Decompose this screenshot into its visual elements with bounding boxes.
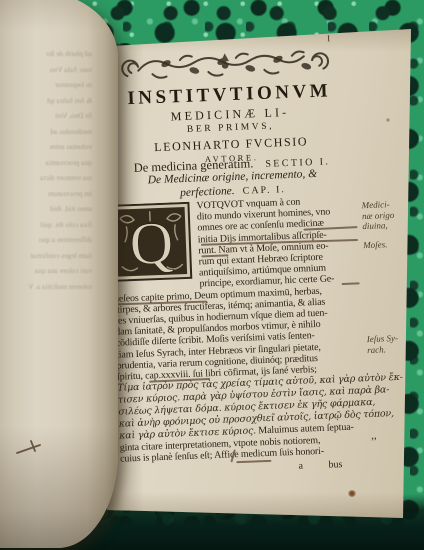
svg-text:Q: Q (128, 209, 174, 277)
photo-of-open-antique-book: { "book": { "page_number": "I", "title_l… (0, 0, 424, 550)
curled-left-page: ad plurib de ſto tunc Sala Vno m loquunt… (0, 0, 118, 548)
ink-pen-mark (14, 438, 48, 458)
showthrough-line: tiam leges confirmat (0, 248, 92, 264)
showthrough-line: differentem a quo (0, 232, 92, 248)
showthrough-line: voluntas anim (0, 139, 92, 155)
chapter-title-line: perfectione. (180, 185, 235, 199)
showthrough-line: fixa colo ibi. quil (0, 217, 92, 233)
text-showthrough: ad plurib de ſto tunc Sala Vno m loquunt… (0, 46, 92, 346)
woodcut-headpiece-ornament (118, 45, 333, 85)
showthrough-line: mediendos ad (0, 124, 92, 140)
showthrough-line: tolorem muſcitia a. V (0, 279, 92, 295)
showthrough-line: tunc Sala Vno (0, 62, 92, 78)
margin-quote-marks: ’’ (370, 436, 377, 448)
printed-text-block: I (103, 26, 423, 519)
showthrough-line: & fen fuſtra qd (0, 93, 92, 109)
page-number: I (327, 33, 330, 43)
margin-note-moses: Moſes. (363, 239, 388, 250)
body-text: Q VOTQVOT vnquam à con dito mundo vixeru… (110, 194, 367, 480)
showthrough-line: vari colore ana qua (0, 263, 92, 279)
showthrough-line: anno itid. ibid (0, 201, 92, 217)
showthrough-line: ad plurib de ſto (0, 46, 92, 62)
showthrough-line: qua procreantia (0, 155, 92, 171)
catchword: bus (328, 459, 342, 471)
showthrough-line: im procreatum (0, 186, 92, 202)
woodcut-drop-cap-Q: Q (110, 202, 193, 291)
showthrough-line: tua temnore dicta (0, 170, 92, 186)
showthrough-line: m loquuntur (0, 77, 92, 93)
showthrough-line: fit Deo, Voti (0, 108, 92, 124)
margin-note-medicinae-origo: Medici- næ origo diuina, (361, 199, 394, 232)
chapter-number-label: CAP. I. (242, 184, 286, 197)
margin-note-iesus-syrach: Ieſus Sy- rach. (367, 333, 399, 355)
signature-mark: a (298, 460, 303, 471)
